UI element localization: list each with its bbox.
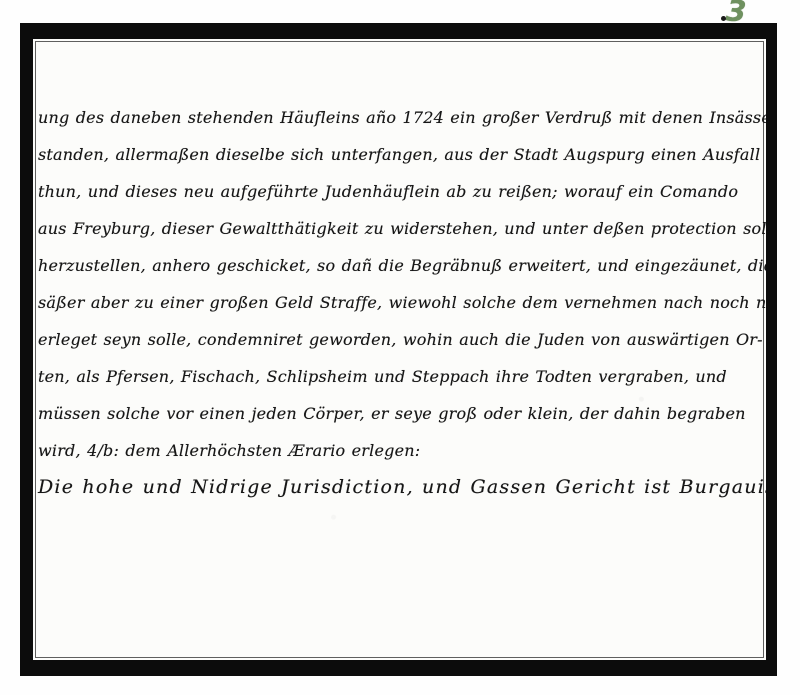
manuscript-line-6: säßer aber zu einer großen Geld Straffe,…: [38, 284, 760, 321]
manuscript-text-block: ung des daneben stehenden Häufleins año …: [33, 39, 766, 660]
manuscript-line-8: ten, als Pfersen, Fischach, Schlipsheim …: [38, 358, 760, 395]
manuscript-line-7: erleget seyn solle, condemniret geworden…: [38, 321, 760, 358]
manuscript-line-9: müssen solche vor einen jeden Cörper, er…: [38, 395, 760, 432]
manuscript-line-2: standen, allermaßen dieselbe sich unterf…: [38, 136, 760, 173]
manuscript-line-10: wird, 4/b: dem Allerhöchsten Ærario erle…: [38, 432, 760, 469]
manuscript-line-11: Die hohe und Nidrige Jurisdiction, und G…: [38, 469, 760, 506]
manuscript-line-1: ung des daneben stehenden Häufleins año …: [38, 99, 760, 136]
manuscript-line-3: thun, und dieses neu aufgeführte Judenhä…: [38, 173, 760, 210]
manuscript-line-4: aus Freyburg, dieser Gewaltthätigkeit zu…: [38, 210, 760, 247]
ink-dot: [721, 16, 726, 21]
photo-frame: ung des daneben stehenden Häufleins año …: [20, 23, 777, 676]
scanned-manuscript-page: { "page": { "number": "3" }, "manuscript…: [0, 0, 800, 695]
manuscript-line-5: herzustellen, anhero geschicket, so dañ …: [38, 247, 760, 284]
